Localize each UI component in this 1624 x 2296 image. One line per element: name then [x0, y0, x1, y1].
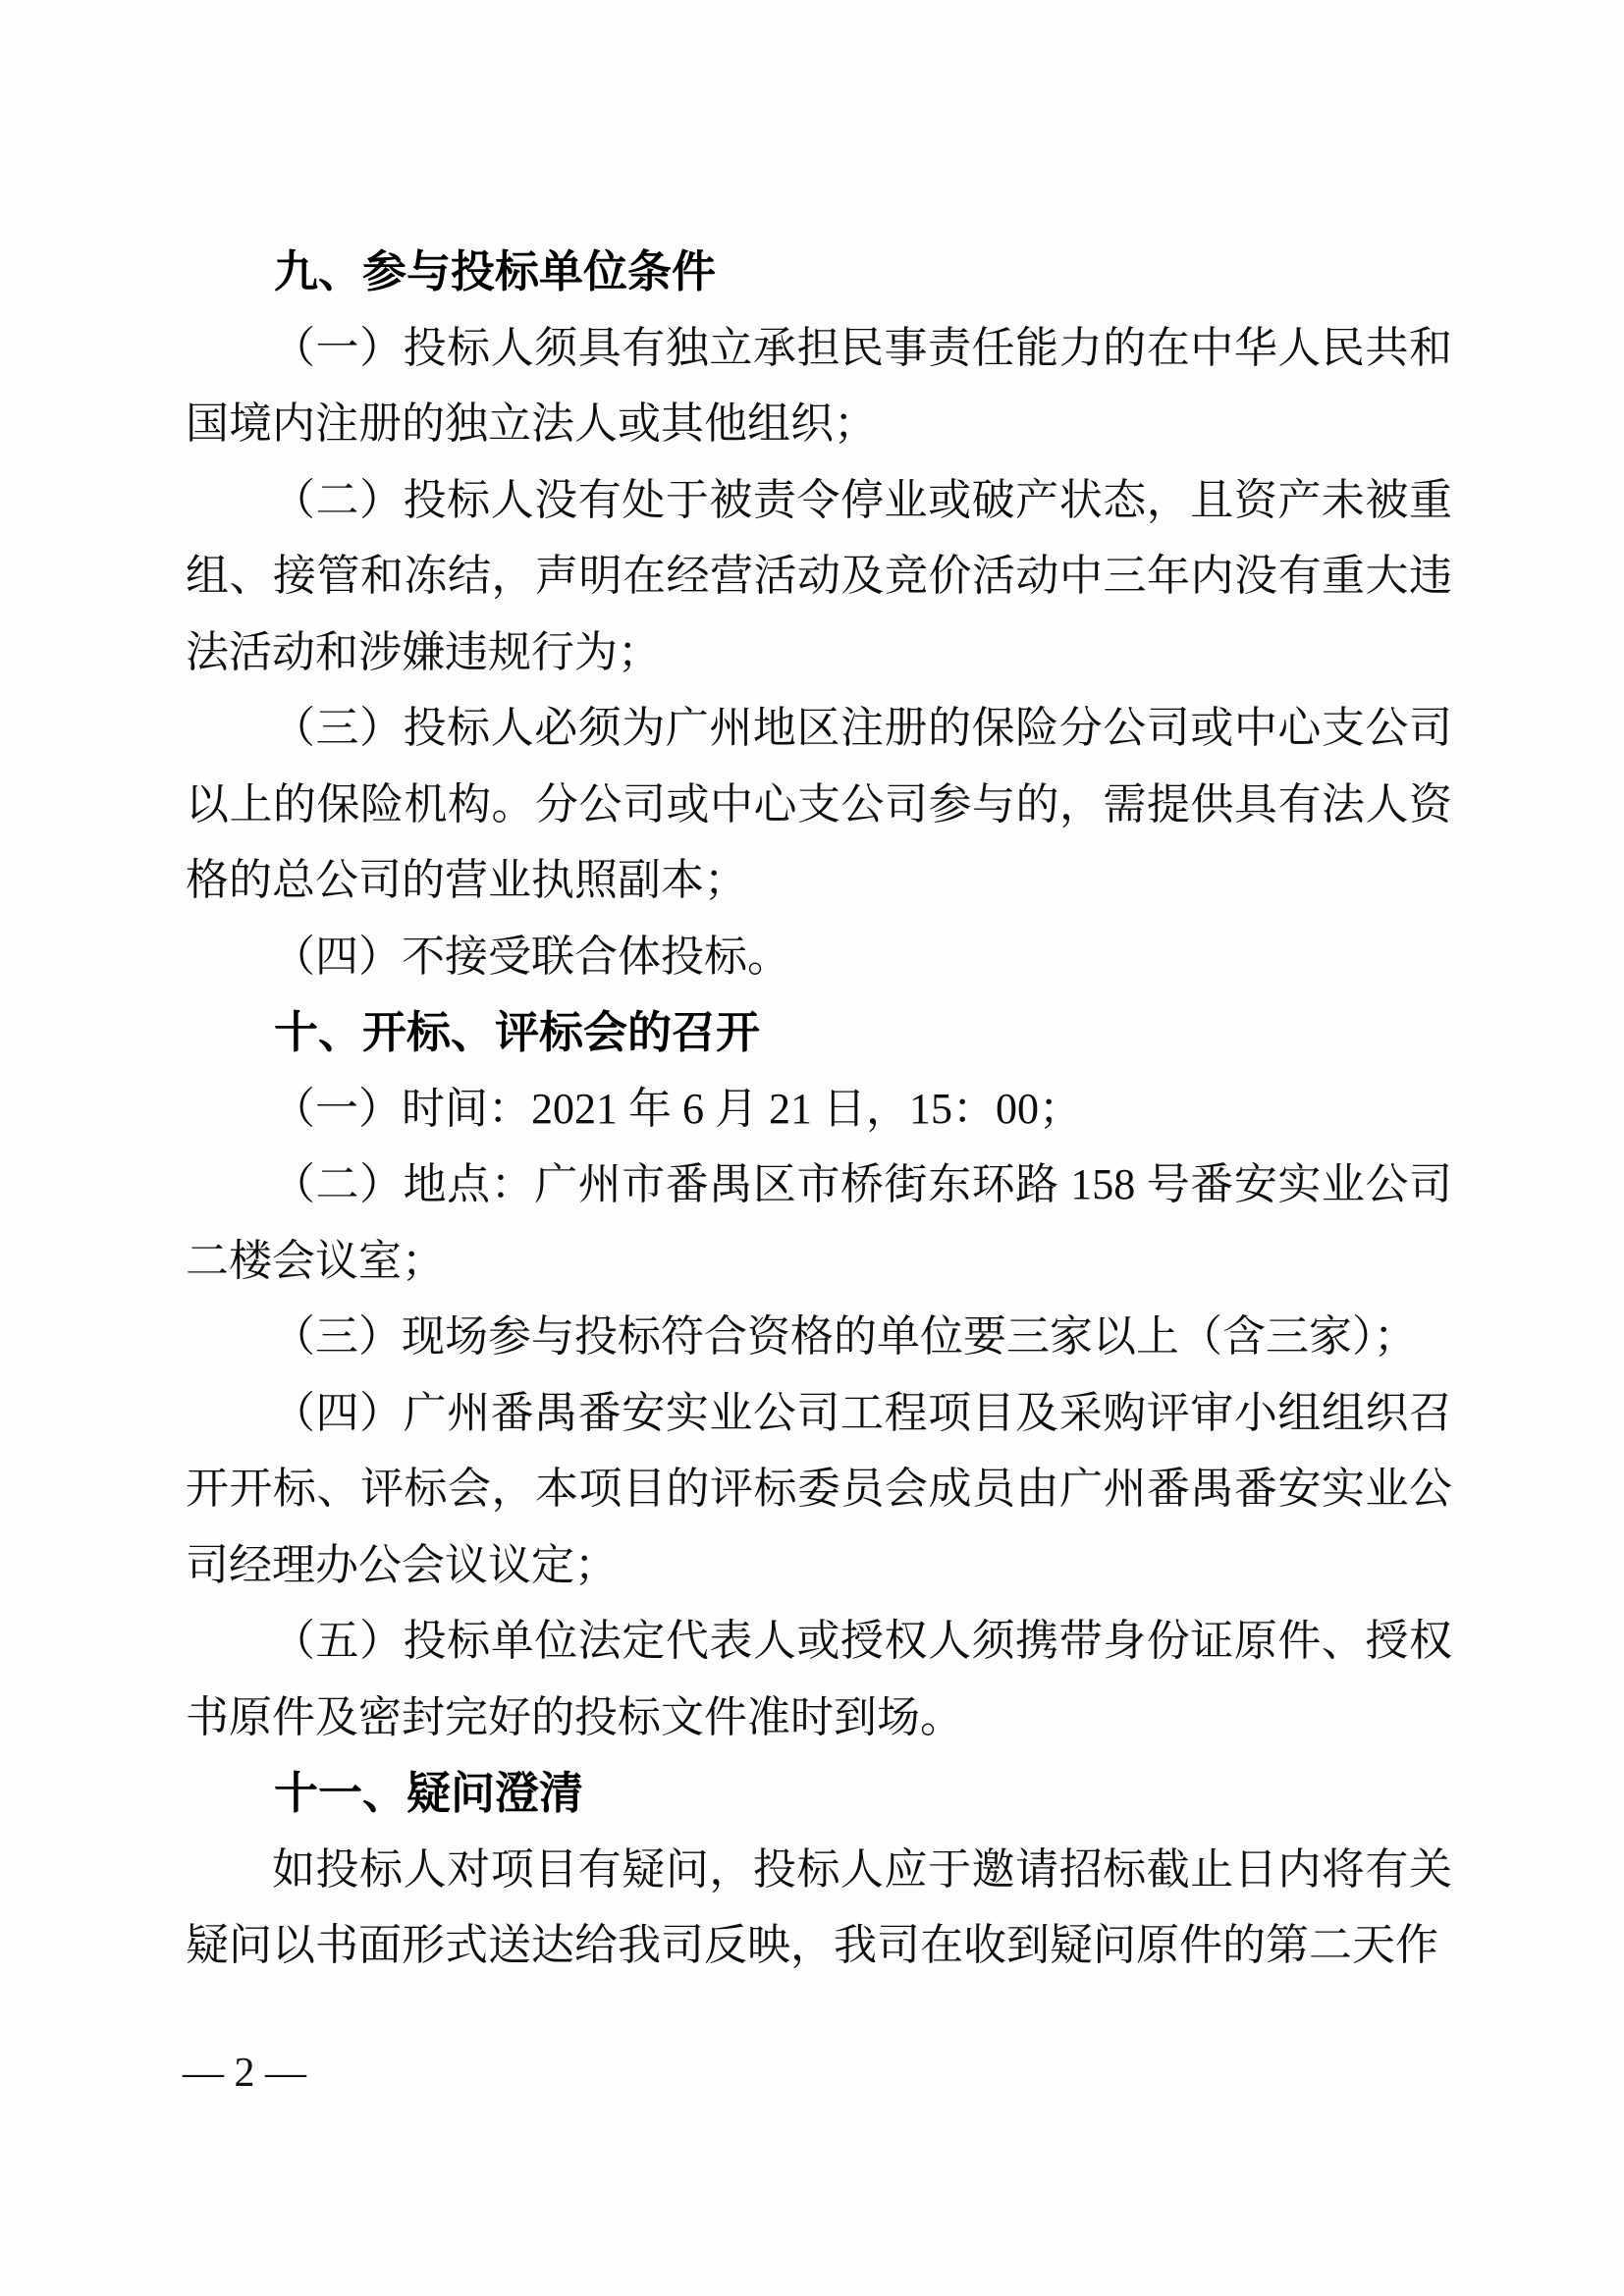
paragraph: （二）地点：广州市番禺区市桥街东环路 158 号番安实业公司二楼会议室； — [186, 1147, 1452, 1299]
paragraph: （一）投标人须具有独立承担民事责任能力的在中华人民共和国境内注册的独立法人或其他… — [186, 310, 1452, 462]
document-page: 九、参与投标单位条件 （一）投标人须具有独立承担民事责任能力的在中华人民共和国境… — [0, 0, 1624, 2296]
paragraph: （四）不接受联合体投标。 — [186, 919, 1452, 995]
paragraph: （二）投标人没有处于被责令停业或破产状态，且资产未被重组、接管和冻结，声明在经营… — [186, 462, 1452, 691]
paragraph: （三）投标人必须为广州地区注册的保险分公司或中心支公司以上的保险机构。分公司或中… — [186, 690, 1452, 919]
section-9-heading: 九、参与投标单位条件 — [186, 234, 1452, 310]
paragraph: （四）广州番禺番安实业公司工程项目及采购评审小组组织召开开标、评标会，本项目的评… — [186, 1375, 1452, 1604]
paragraph: （三）现场参与投标符合资格的单位要三家以上（含三家）； — [186, 1299, 1452, 1375]
document-body: 九、参与投标单位条件 （一）投标人须具有独立承担民事责任能力的在中华人民共和国境… — [186, 234, 1452, 1984]
paragraph: 如投标人对项目有疑问，投标人应于邀请招标截止日内将有关疑问以书面形式送达给我司反… — [186, 1832, 1452, 1984]
paragraph: （一）时间：2021 年 6 月 21 日，15：00； — [186, 1071, 1452, 1148]
section-11-heading: 十一、疑问澄清 — [186, 1755, 1452, 1832]
paragraph: （五）投标单位法定代表人或授权人须携带身份证原件、授权书原件及密封完好的投标文件… — [186, 1603, 1452, 1755]
page-number: — 2 — — [183, 2050, 306, 2097]
section-10-heading: 十、开标、评标会的召开 — [186, 994, 1452, 1071]
